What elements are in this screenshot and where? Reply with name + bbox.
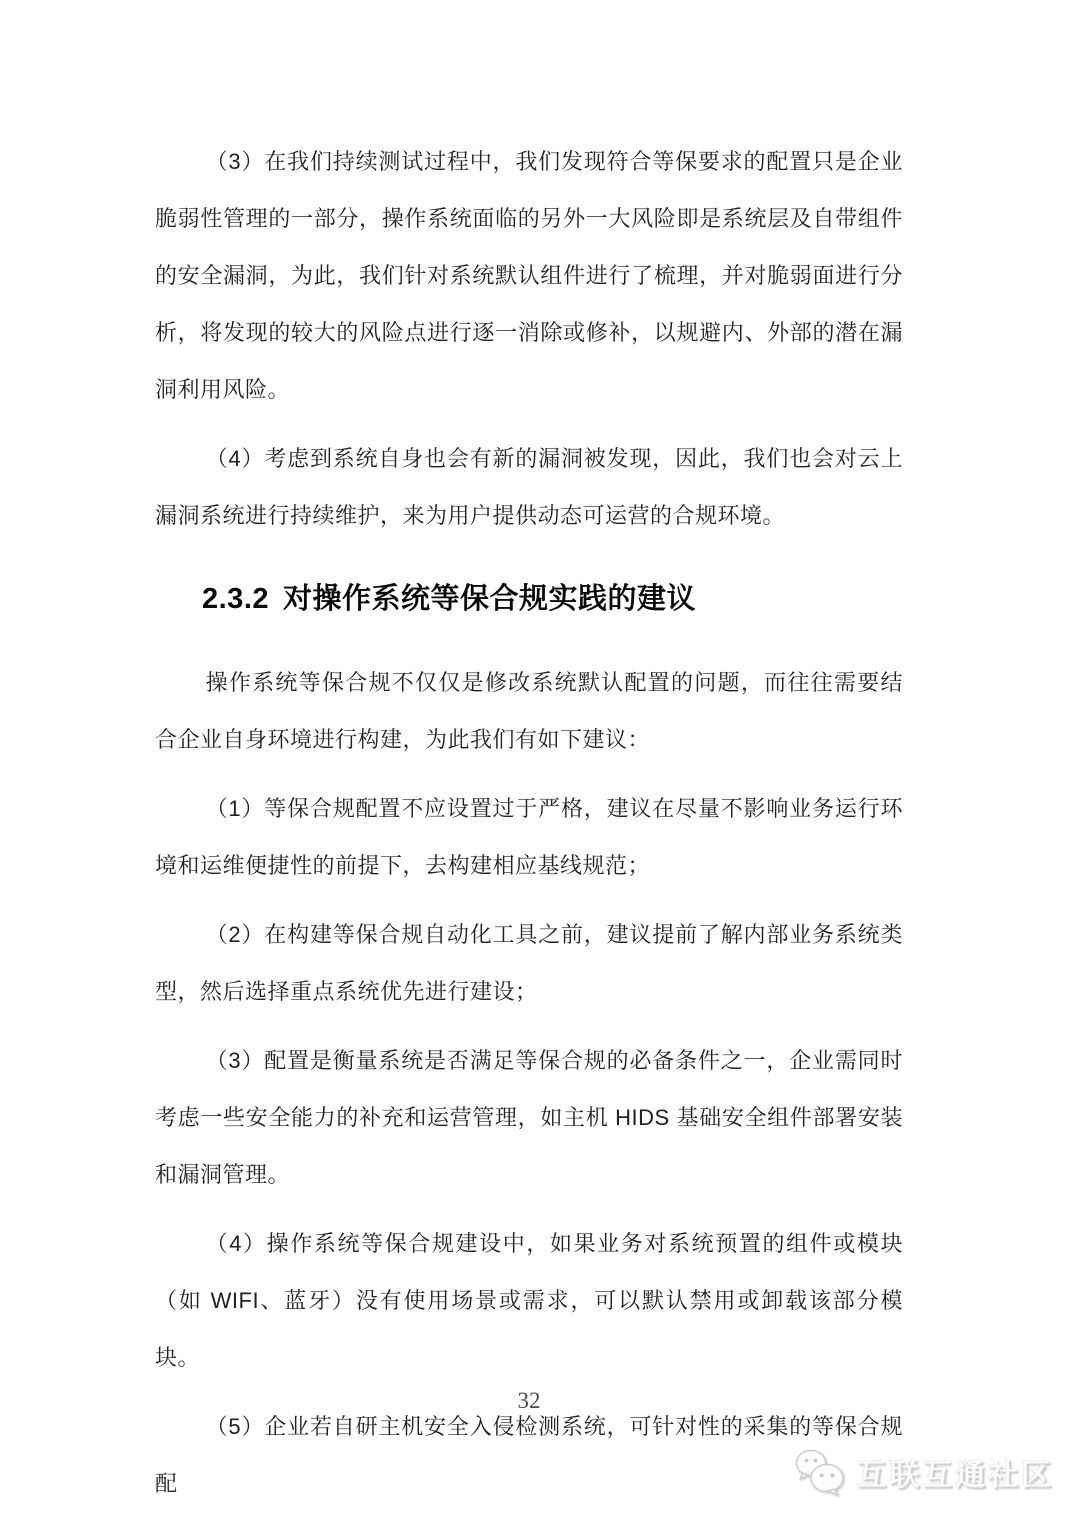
- suggestion-item-3: （3）配置是衡量系统是否满足等保合规的必备条件之一，企业需同时考虑一些安全能力的…: [155, 1032, 903, 1203]
- page-number: 32: [155, 1388, 903, 1414]
- wechat-icon: [794, 1448, 846, 1496]
- brand-watermark-label: 互联互通社区: [856, 1450, 1054, 1494]
- suggestion-item-1: （1）等保合规配置不应设置过于严格，建议在尽量不影响业务运行环境和运维便捷性的前…: [155, 780, 903, 894]
- document-body: （3）在我们持续测试过程中，我们发现符合等保要求的配置只是企业脆弱性管理的一部分…: [155, 133, 903, 1512]
- section-heading: 2.3.2对操作系统等保合规实践的建议: [155, 570, 903, 628]
- paragraph-item-3: （3）在我们持续测试过程中，我们发现符合等保要求的配置只是企业脆弱性管理的一部分…: [155, 133, 903, 418]
- paragraph-item-4: （4）考虑到系统自身也会有新的漏洞被发现，因此，我们也会对云上漏洞系统进行持续维…: [155, 430, 903, 544]
- section-heading-number: 2.3.2: [202, 583, 269, 615]
- suggestion-item-5: （5）企业若自研主机安全入侵检测系统，可针对性的采集的等保合规配: [155, 1398, 903, 1512]
- section-heading-title: 对操作系统等保合规实践的建议: [283, 583, 696, 615]
- suggestions-intro-paragraph: 操作系统等保合规不仅仅是修改系统默认配置的问题，而往往需要结合企业自身环境进行构…: [155, 654, 903, 768]
- suggestion-item-4: （4）操作系统等保合规建设中，如果业务对系统预置的组件或模块（如 WIFI、蓝牙…: [155, 1215, 903, 1386]
- brand-watermark: 互联互通社区: [794, 1448, 1054, 1496]
- suggestion-item-2: （2）在构建等保合规自动化工具之前，建议提前了解内部业务系统类型，然后选择重点系…: [155, 906, 903, 1020]
